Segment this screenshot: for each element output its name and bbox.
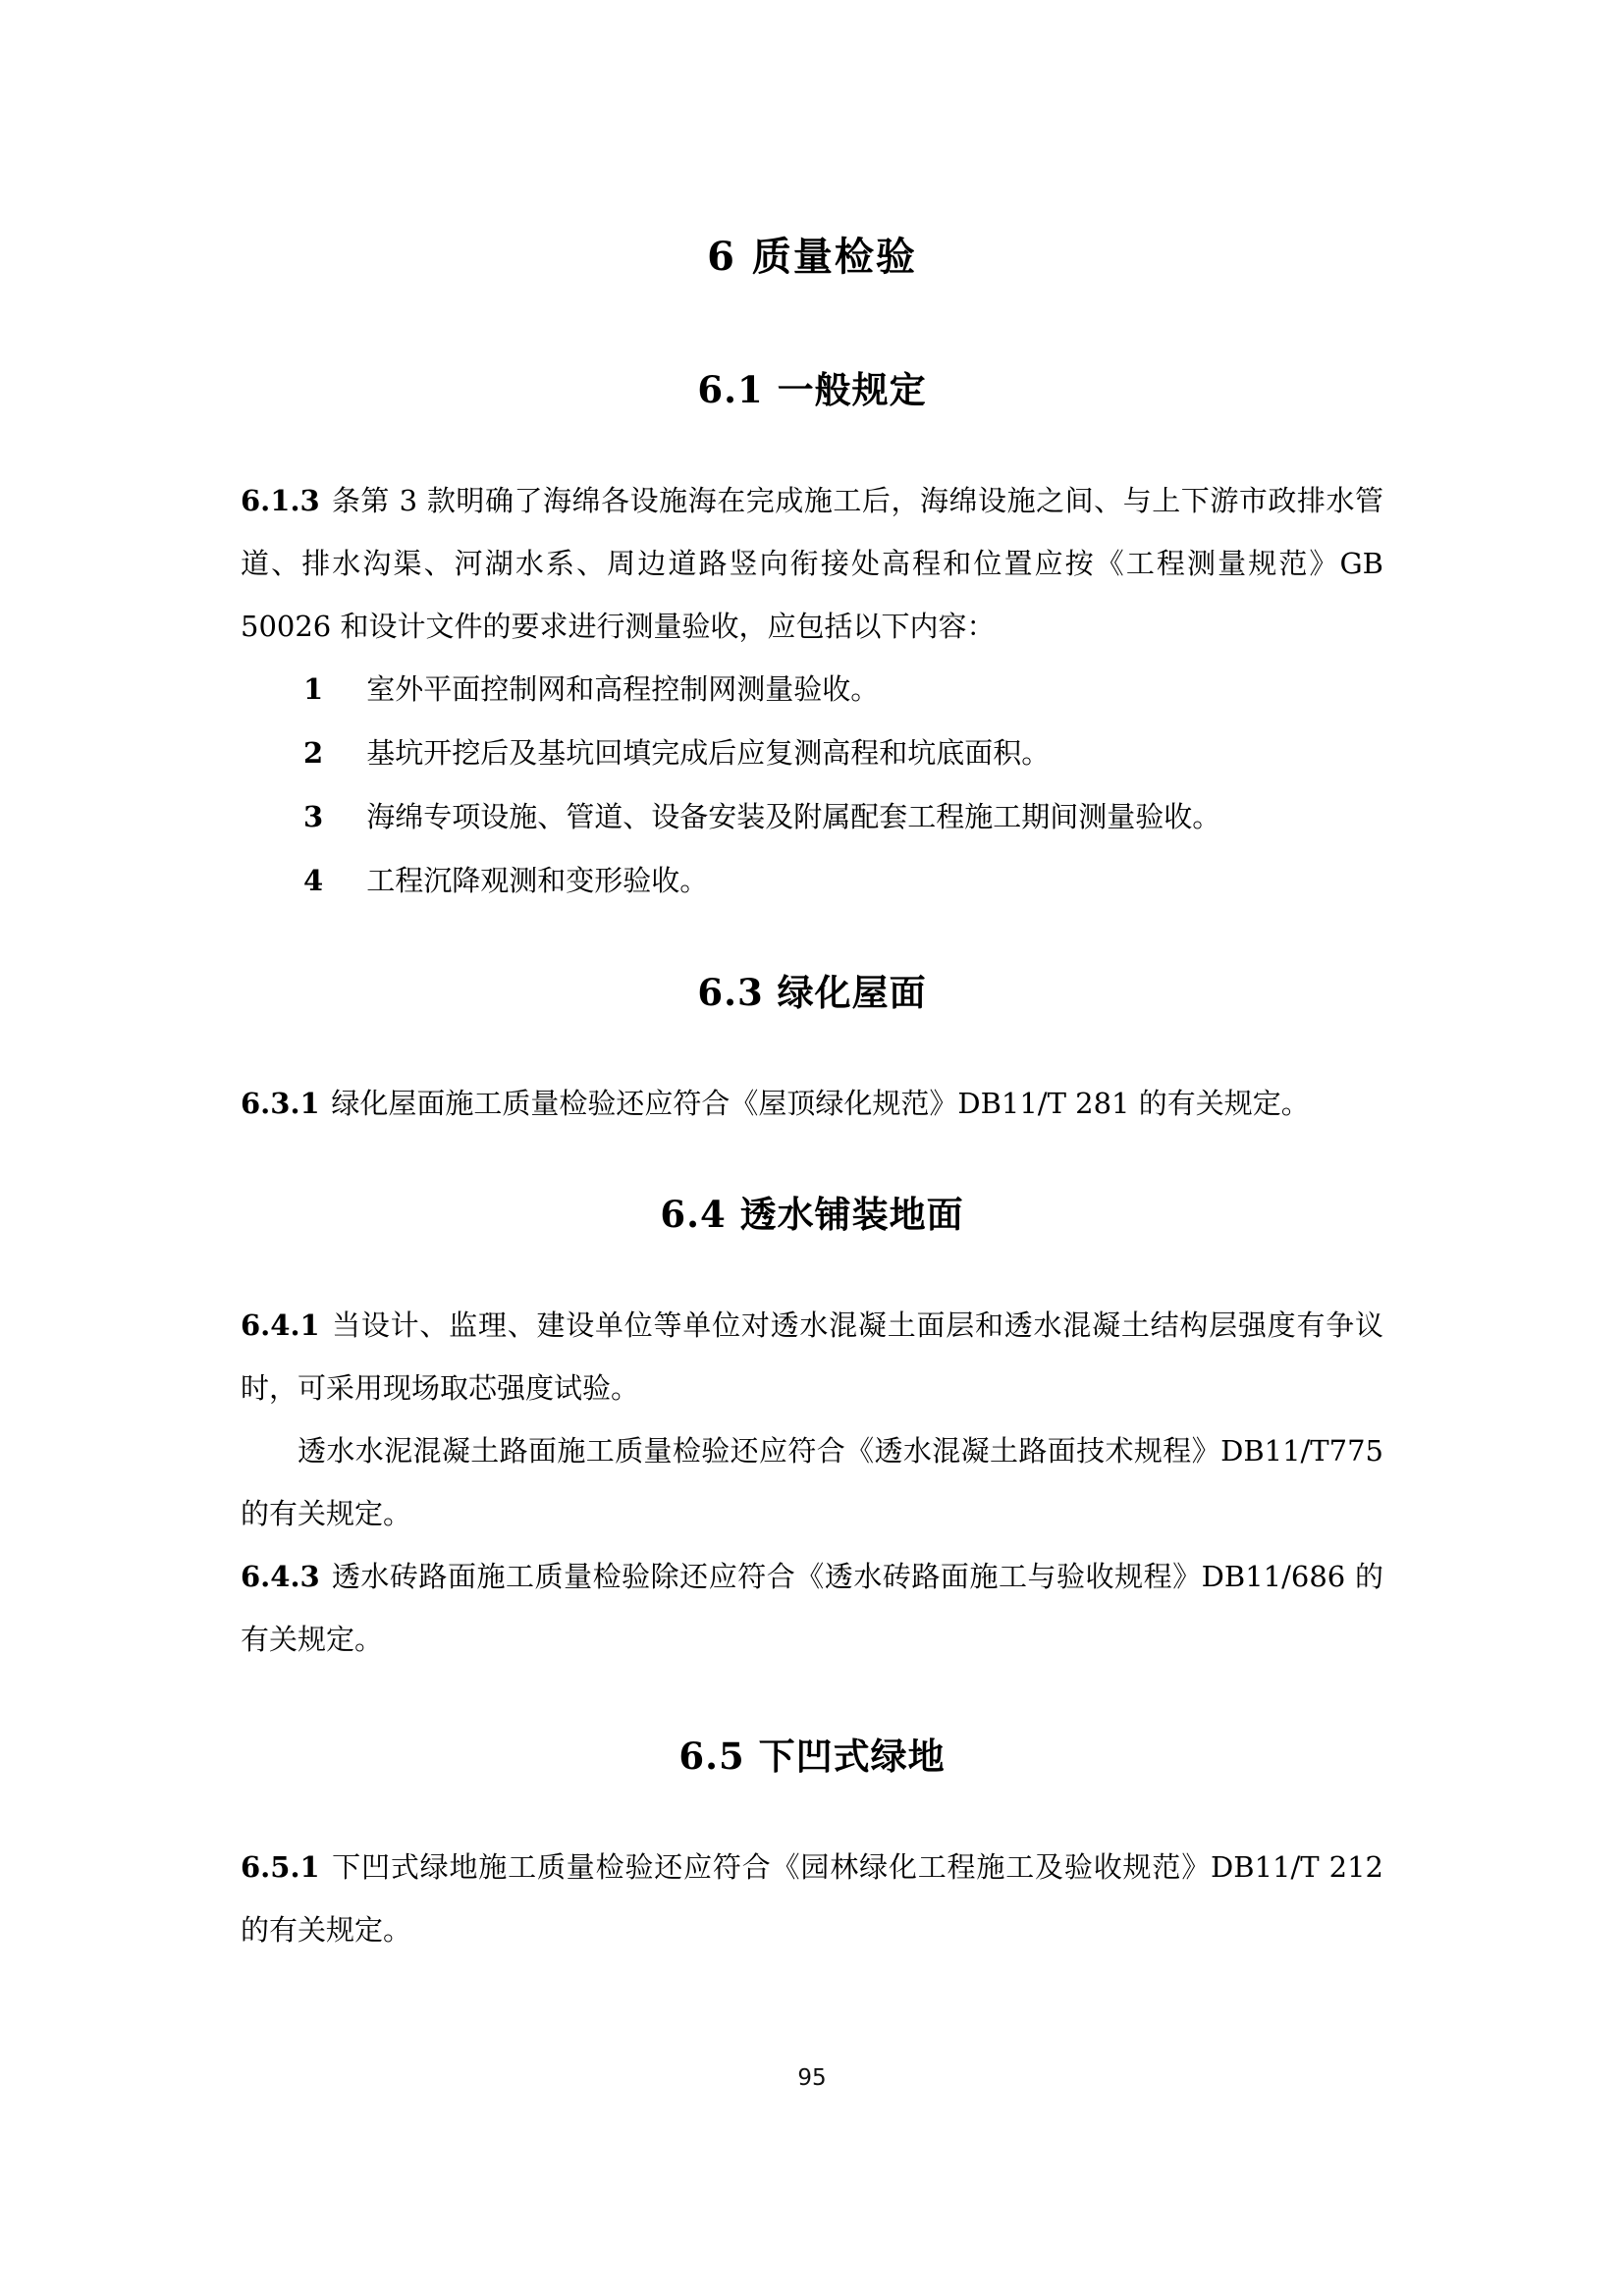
list-item-number: 2 bbox=[303, 721, 323, 785]
chapter-title: 6 质量检验 bbox=[241, 232, 1383, 283]
document-page: 6 质量检验 6.1 一般规定 6.1.3条第 3 款明确了海绵各设施海在完成施… bbox=[0, 0, 1624, 2296]
list-item-number: 4 bbox=[303, 849, 323, 913]
section-heading-6-4: 6.4 透水铺装地面 bbox=[241, 1190, 1383, 1239]
list-item-text: 室外平面控制网和高程控制网测量验收。 bbox=[366, 672, 879, 706]
clause-number-6-5-1: 6.5.1 bbox=[241, 1850, 320, 1884]
page-number: 95 bbox=[0, 2061, 1624, 2095]
list-item-number: 3 bbox=[303, 785, 323, 849]
clause-number-6-3-1: 6.3.1 bbox=[241, 1087, 320, 1120]
list-item-number: 1 bbox=[303, 658, 323, 721]
section-heading-6-3: 6.3 绿化屋面 bbox=[241, 968, 1383, 1017]
clause-6-3-1: 6.3.1绿化屋面施工质量检验还应符合《屋顶绿化规范》DB11/T 281 的有… bbox=[241, 1072, 1383, 1135]
paragraph-pervious-concrete: 透水水泥混凝土路面施工质量检验还应符合《透水混凝土路面技术规程》DB11/T77… bbox=[241, 1419, 1383, 1545]
list-item: 4工程沉降观测和变形验收。 bbox=[241, 849, 1383, 913]
list-item-text: 海绵专项设施、管道、设备安装及附属配套工程施工期间测量验收。 bbox=[366, 800, 1220, 833]
clause-text-6-4-1: 当设计、监理、建设单位等单位对透水混凝土面层和透水混凝土结构层强度有争议时，可采… bbox=[241, 1308, 1383, 1405]
list-item: 2基坑开挖后及基坑回填完成后应复测高程和坑底面积。 bbox=[241, 721, 1383, 785]
clause-number-6-4-1: 6.4.1 bbox=[241, 1308, 320, 1342]
clause-text-6-1-3: 条第 3 款明确了海绵各设施海在完成施工后，海绵设施之间、与上下游市政排水管道、… bbox=[241, 484, 1383, 643]
clause-text-6-5-1: 下凹式绿地施工质量检验还应符合《园林绿化工程施工及验收规范》DB11/T 212… bbox=[241, 1850, 1383, 1947]
list-item: 1室外平面控制网和高程控制网测量验收。 bbox=[241, 658, 1383, 721]
clause-6-4-1: 6.4.1当设计、监理、建设单位等单位对透水混凝土面层和透水混凝土结构层强度有争… bbox=[241, 1294, 1383, 1419]
list-item: 3海绵专项设施、管道、设备安装及附属配套工程施工期间测量验收。 bbox=[241, 785, 1383, 849]
clause-6-4-3: 6.4.3透水砖路面施工质量检验除还应符合《透水砖路面施工与验收规程》DB11/… bbox=[241, 1545, 1383, 1671]
clause-text-6-4-3: 透水砖路面施工质量检验除还应符合《透水砖路面施工与验收规程》DB11/686 的… bbox=[241, 1560, 1383, 1656]
clause-text-6-3-1: 绿化屋面施工质量检验还应符合《屋顶绿化规范》DB11/T 281 的有关规定。 bbox=[331, 1087, 1309, 1120]
section-heading-6-1: 6.1 一般规定 bbox=[241, 365, 1383, 414]
clause-6-5-1: 6.5.1下凹式绿地施工质量检验还应符合《园林绿化工程施工及验收规范》DB11/… bbox=[241, 1836, 1383, 1961]
clause-number-6-1-3: 6.1.3 bbox=[241, 484, 320, 517]
clause-6-1-3: 6.1.3条第 3 款明确了海绵各设施海在完成施工后，海绵设施之间、与上下游市政… bbox=[241, 469, 1383, 658]
list-item-text: 基坑开挖后及基坑回填完成后应复测高程和坑底面积。 bbox=[366, 736, 1050, 770]
clause-number-6-4-3: 6.4.3 bbox=[241, 1560, 320, 1593]
section-heading-6-5: 6.5 下凹式绿地 bbox=[241, 1732, 1383, 1781]
paragraph-pervious-concrete-text: 透水水泥混凝土路面施工质量检验还应符合《透水混凝土路面技术规程》DB11/T77… bbox=[241, 1434, 1383, 1530]
list-item-text: 工程沉降观测和变形验收。 bbox=[366, 864, 708, 897]
measurement-acceptance-list: 1室外平面控制网和高程控制网测量验收。 2基坑开挖后及基坑回填完成后应复测高程和… bbox=[241, 658, 1383, 913]
document-content: 6 质量检验 6.1 一般规定 6.1.3条第 3 款明确了海绵各设施海在完成施… bbox=[0, 0, 1624, 1961]
